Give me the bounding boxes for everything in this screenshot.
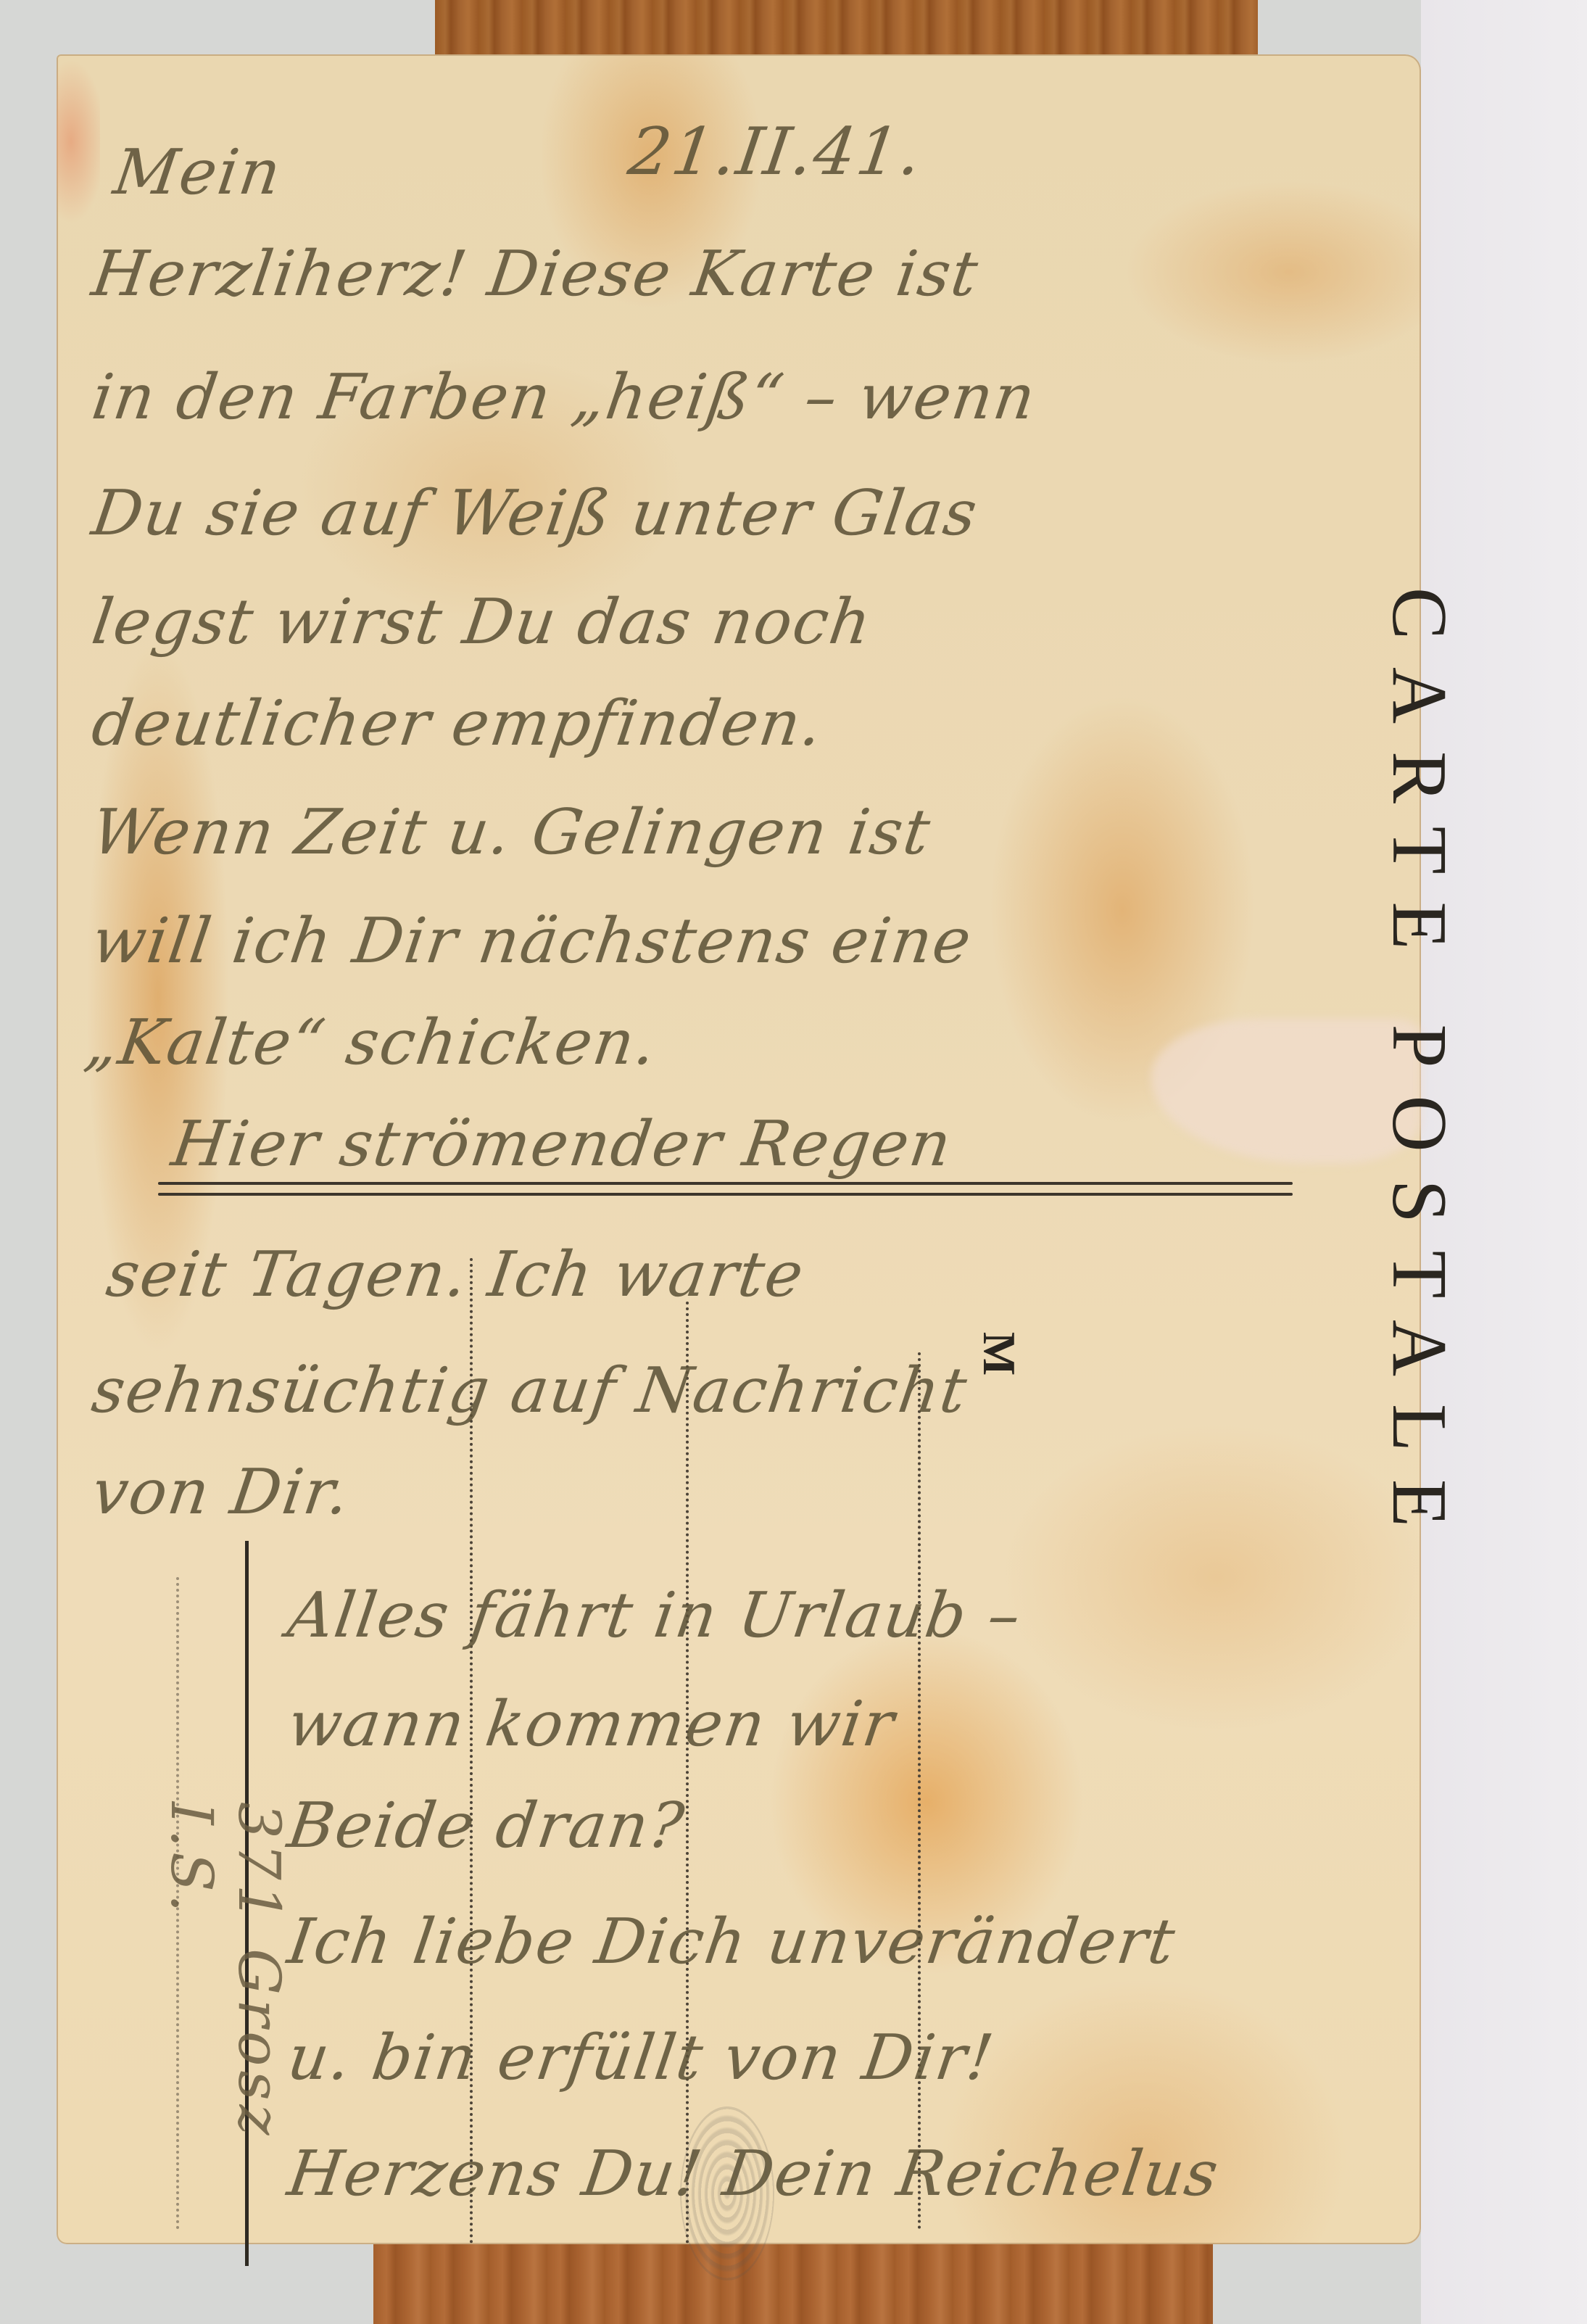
printed-header-carte-postale: CARTE POSTALE — [1380, 587, 1458, 1555]
message-line: Herzliherz! Diese Karte ist — [88, 243, 982, 305]
message-line: legst wirst Du das noch — [88, 591, 876, 653]
message-line: von Dir. — [88, 1461, 355, 1523]
divider-line-bottom — [158, 1193, 1293, 1196]
message-line: wann kommen wir — [284, 1693, 899, 1756]
message-line: Hier strömender Regen — [168, 1113, 956, 1175]
message-line: will ich Dir nächstens eine — [88, 910, 976, 972]
divider-line-top — [158, 1182, 1293, 1185]
message-line: in den Farben „heiß“ – wenn — [88, 366, 1040, 429]
message-line: u. bin erfüllt von Dir! — [284, 2027, 998, 2089]
fingerprint-smudge — [680, 2106, 774, 2280]
wooden-stand-top — [435, 0, 1258, 54]
printed-address-mark: M — [972, 1332, 1026, 1376]
message-line: sehnsüchtig auf Nachricht — [88, 1360, 971, 1422]
date: 21.II.41. — [625, 120, 927, 185]
wooden-stand-bottom — [373, 2241, 1213, 2324]
message-line: Du sie auf Weiß unter Glas — [88, 482, 982, 545]
message-line: deutlicher empfinden. — [88, 692, 827, 755]
message-line: Beide dran? — [284, 1795, 689, 1857]
message-line: Alles fährt in Urlaub – — [284, 1584, 1025, 1647]
address-dotted-line-2 — [686, 1302, 689, 2244]
message-line: seit Tagen. Ich warte — [103, 1244, 808, 1306]
address-dotted-line-3 — [918, 1352, 921, 2230]
archive-side-note: 371 Grosz I.S. — [158, 1802, 293, 2244]
postcard: 21.II.41. Mein Herzliherz! Diese Karte i… — [57, 54, 1421, 2244]
message-line: Ich liebe Dich unverändert — [284, 1911, 1180, 1973]
message-line: Wenn Zeit u. Gelingen ist — [88, 801, 935, 864]
message-line: Mein — [110, 141, 286, 204]
stain-left-edge — [57, 54, 100, 272]
message-line: „Kalte“ schicken. — [81, 1012, 661, 1074]
